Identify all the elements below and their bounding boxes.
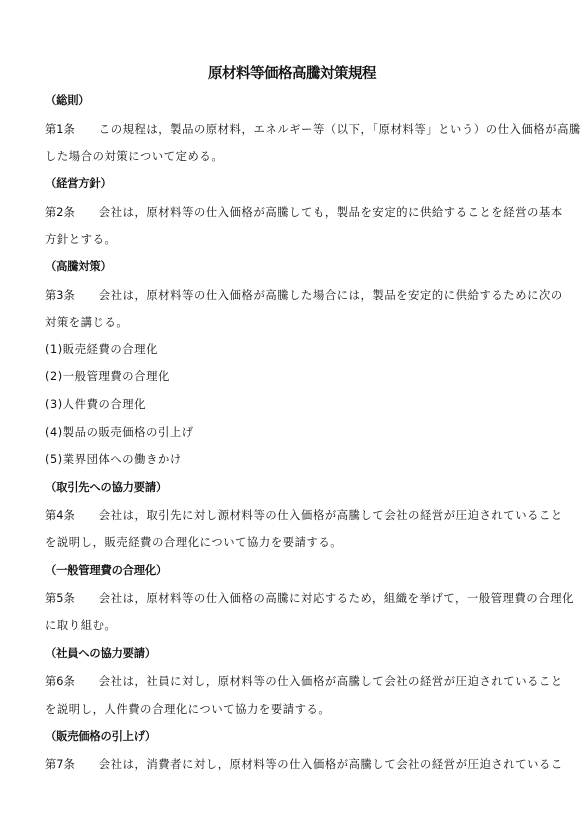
section-heading-general: （総則）	[45, 93, 525, 109]
section-heading-price-increase: （販売価格の引上げ）	[45, 729, 525, 745]
article-text: この規程は，製品の原材料，エネルギー等（以下，「原材料等」という）の仕入価格が高…	[99, 123, 581, 136]
list-item: (3)人件費の合理化	[45, 397, 525, 413]
article-7-line-1: 第7条会社は，消費者に対し，原材料等の仕入価格が高騰して会社の経営が圧迫されてい…	[45, 757, 525, 773]
article-label: 第3条	[45, 289, 75, 302]
list-item: (4)製品の販売価格の引上げ	[45, 425, 525, 441]
article-1-line-2: した場合の対策について定める。	[45, 149, 525, 165]
article-3-line-2: 対策を講じる。	[45, 315, 525, 331]
article-label: 第4条	[45, 509, 75, 522]
list-item: (1)販売経費の合理化	[45, 342, 525, 358]
article-label: 第6条	[45, 675, 75, 688]
article-text: 会社は，原材料等の仕入価格の高騰に対応するため，組織を挙げて，一般管理費の合理化	[99, 592, 574, 605]
list-item: (2)一般管理費の合理化	[45, 369, 525, 385]
article-1-line-1: 第1条この規程は，製品の原材料，エネルギー等（以下，「原材料等」という）の仕入価…	[45, 122, 525, 138]
article-label: 第5条	[45, 592, 75, 605]
article-4-line-1: 第4条会社は，取引先に対し源材料等の仕入価格が高騰して会社の経営が圧迫されている…	[45, 508, 525, 524]
document-page: 原材料等価格高騰対策規程 （総則） 第1条この規程は，製品の原材料，エネルギー等…	[0, 0, 584, 823]
section-heading-employee-cooperation: （社員への協力要請）	[45, 646, 525, 662]
article-label: 第2条	[45, 206, 75, 219]
article-label: 第7条	[45, 758, 75, 771]
article-text: 会社は，消費者に対し，原材料等の仕入価格が高騰して会社の経営が圧迫されているこ	[99, 758, 563, 771]
list-item: (5)業界団体への働きかけ	[45, 452, 525, 468]
article-text: 会社は，社員に対し，原材料等の仕入価格が高騰して会社の経営が圧迫されていること	[99, 675, 563, 688]
section-heading-supplier-cooperation: （取引先への協力要請）	[45, 480, 525, 496]
section-heading-admin-cost-rationalization: （一般管理費の合理化）	[45, 563, 525, 579]
article-5-line-2: に取り組む。	[45, 618, 525, 634]
article-5-line-1: 第5条会社は，原材料等の仕入価格の高騰に対応するため，組織を挙げて，一般管理費の…	[45, 591, 525, 607]
article-text: 会社は，原材料等の仕入価格が高騰しても，製品を安定的に供給することを経営の基本	[99, 206, 563, 219]
article-2-line-2: 方針とする。	[45, 232, 525, 248]
article-label: 第1条	[45, 123, 75, 136]
article-2-line-1: 第2条会社は，原材料等の仕入価格が高騰しても，製品を安定的に供給することを経営の…	[45, 205, 525, 221]
article-4-line-2: を説明し，販売経費の合理化について協力を要請する。	[45, 535, 525, 551]
article-6-line-1: 第6条会社は，社員に対し，原材料等の仕入価格が高騰して会社の経営が圧迫されている…	[45, 674, 525, 690]
section-heading-countermeasures: （高騰対策）	[45, 259, 525, 275]
article-6-line-2: を説明し，人件費の合理化について協力を要請する。	[45, 702, 525, 718]
article-text: 会社は，取引先に対し源材料等の仕入価格が高騰して会社の経営が圧迫されていること	[99, 509, 563, 522]
article-text: 会社は，原材料等の仕入価格が高騰した場合には，製品を安定的に供給するために次の	[99, 289, 563, 302]
article-3-line-1: 第3条会社は，原材料等の仕入価格が高騰した場合には，製品を安定的に供給するために…	[45, 288, 525, 304]
document-title: 原材料等価格高騰対策規程	[0, 62, 584, 83]
section-heading-management-policy: （経営方針）	[45, 176, 525, 192]
